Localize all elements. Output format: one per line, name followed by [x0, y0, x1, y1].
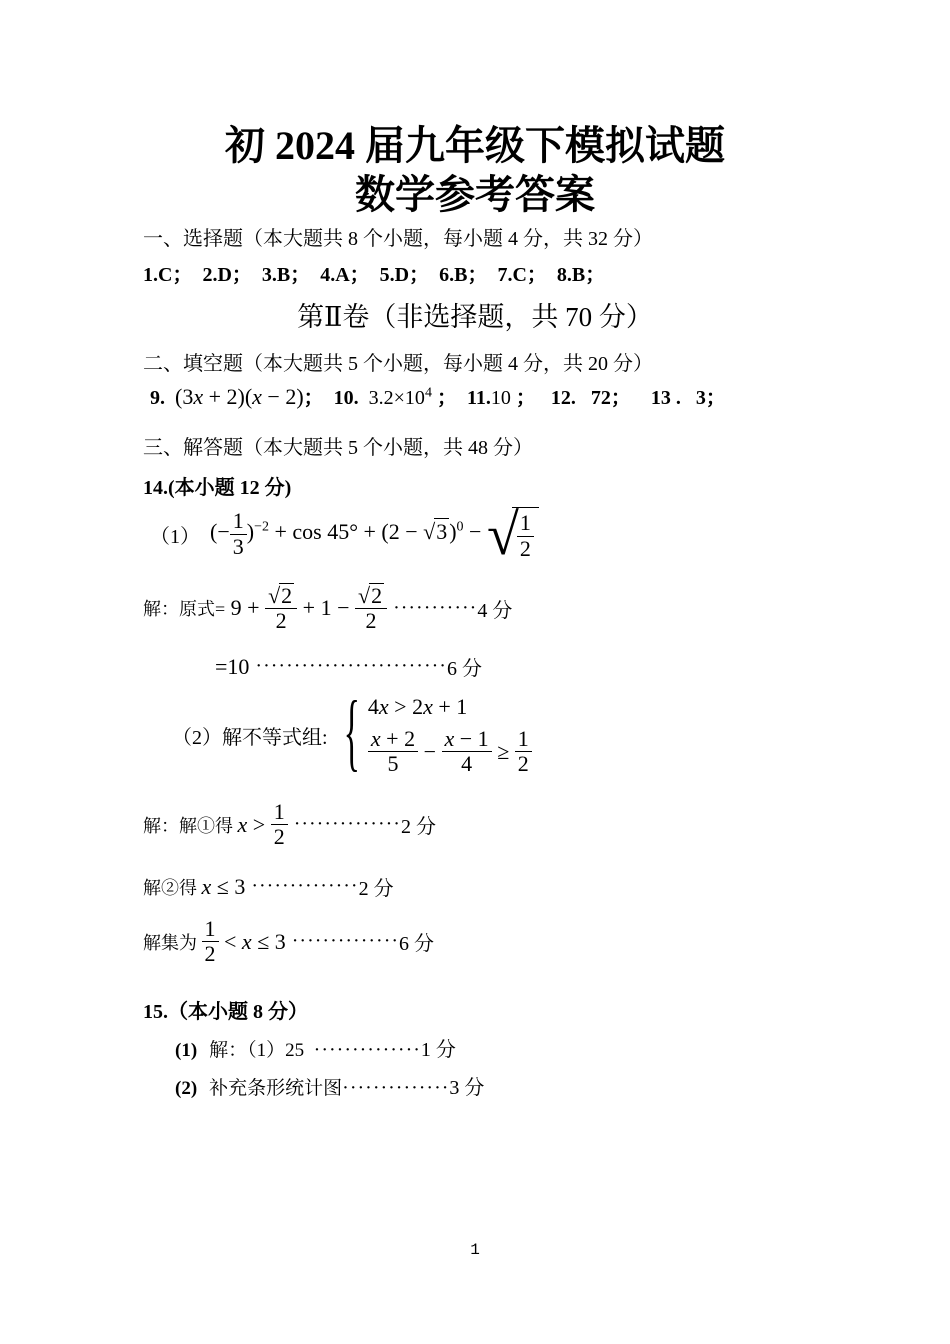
- score-4: 4 分: [477, 594, 512, 623]
- left-brace: {: [344, 687, 360, 784]
- q15-item1: (1) 解：（1）25 ·············· 1 分: [175, 1033, 456, 1062]
- leader-dots: ·························: [249, 655, 447, 678]
- fraction-one-half: 12: [517, 511, 534, 560]
- fraction-one-half: 12: [271, 800, 288, 849]
- fraction-sqrt2-over-2: √22: [265, 583, 297, 633]
- score-6: 6 分: [399, 927, 434, 956]
- score-6: 6 分: [447, 652, 482, 681]
- solve-step2-label: 解②得: [143, 874, 202, 900]
- q14-part2-solution-line2: 解②得 x ≤ 3 ·············· 2 分: [143, 872, 394, 901]
- q11-semicolon: ；: [511, 381, 551, 410]
- system-lines: 4x > 2x + 1 x + 25 − x − 14 ≥ 12: [368, 694, 532, 776]
- page-number: 1: [0, 1241, 950, 1259]
- inequality-2: x + 25 − x − 14 ≥ 12: [368, 727, 532, 776]
- q10-exponent: 4: [425, 385, 432, 400]
- sol1-term2: + 1 −: [297, 595, 355, 621]
- answer-key-title: 数学参考答案: [0, 163, 950, 220]
- equals-10: =10: [215, 654, 249, 680]
- jie-label: 解：: [143, 595, 179, 621]
- q12-answer: 12. 72；: [551, 381, 651, 410]
- var-x: x: [202, 874, 212, 900]
- q15-item2: (2) 补充条形统计图 ·············· 3 分: [175, 1071, 484, 1100]
- fraction-one-half: 12: [515, 727, 532, 776]
- q9-t2: + 2)(: [203, 384, 252, 409]
- solve-step1-label: 解：解①得: [143, 812, 238, 838]
- yuanshi-label: 原式=: [179, 595, 225, 621]
- q9-t1: (3: [175, 384, 193, 409]
- inequality-1: 4x > 2x + 1: [368, 694, 532, 720]
- leq-3: ≤ 3: [252, 929, 286, 955]
- q14-part2-solution-line1: 解：解①得 x > 12 ·············· 2 分: [143, 800, 436, 849]
- gt-sign: >: [247, 812, 270, 838]
- q10-answer: 3.2×104: [369, 387, 432, 410]
- geq-sign: ≥: [492, 739, 515, 765]
- fraction-x-plus-2-over-5: x + 25: [368, 727, 418, 776]
- sqrt-3: √3: [423, 518, 449, 545]
- section1-answers: 1.C； 2.D； 3.B； 4.A； 5.D； 6.B； 7.C； 8.B；: [143, 258, 605, 287]
- section1-heading: 一、选择题（本大题共 8 个小题，每小题 4 分，共 32 分）: [143, 222, 653, 251]
- t-minus: −: [464, 519, 487, 544]
- section3-heading: 三、解答题（本大题共 5 个小题，共 48 分）: [143, 431, 533, 460]
- t-rparen: ): [247, 519, 254, 544]
- q14-part2-solution-line3: 解集为 12 < x ≤ 3 ·············· 6 分: [143, 917, 434, 966]
- leq-3: ≤ 3: [211, 874, 245, 900]
- t-rparen2: ): [449, 519, 456, 544]
- sol1-term1: 9 +: [225, 595, 265, 621]
- q14-part2-label: （2）解不等式组:: [172, 721, 328, 750]
- var-x: x: [238, 812, 248, 838]
- leader-dots: ··············: [314, 1039, 421, 1062]
- fraction-one-third: 13: [230, 509, 247, 558]
- q14-part1-solution-line2: =10 ························· 6 分: [215, 652, 482, 681]
- section2-heading: 二、填空题（本大题共 5 个小题，每小题 4 分，共 20 分）: [143, 347, 653, 376]
- t-middle: + cos 45° + (2 −: [269, 519, 423, 544]
- inequality-system: { 4x > 2x + 1 x + 25 − x − 14 ≥ 12: [344, 694, 532, 776]
- q14-part1-solution-line1: 解： 原式= 9 + √22 + 1 − √22 ··········· 4 分: [143, 583, 512, 633]
- leader-dots: ···········: [387, 597, 477, 620]
- q9-x2: x: [252, 384, 262, 409]
- lt-sign: <: [219, 929, 242, 955]
- q10-label: 10.: [334, 387, 369, 410]
- q9-label: 9.: [150, 387, 175, 410]
- q11-answer: 10: [491, 387, 511, 410]
- answer-key-page: 初 2024 届九年级下模拟试题 数学参考答案 一、选择题（本大题共 8 个小题…: [0, 0, 950, 1344]
- leader-dots: ··············: [245, 875, 358, 898]
- q15-heading: 15.（本小题 8 分）: [143, 995, 308, 1024]
- sqrt-one-half: √12: [487, 505, 539, 563]
- score-3: 3 分: [449, 1071, 484, 1100]
- exponent-neg2: −2: [254, 520, 269, 535]
- q15-item1-text: 解：（1）25: [209, 1035, 314, 1062]
- q10-semicolon: ；: [432, 381, 467, 410]
- q14-part1-expression: （1） (−13)−2 + cos 45° + (2 − √3)0 − √12: [150, 505, 539, 563]
- solution-set-label: 解集为: [143, 929, 202, 955]
- score-2: 2 分: [359, 872, 394, 901]
- q10-base: 3.2×10: [369, 387, 425, 409]
- part2-heading: 第Ⅱ卷（非选择题，共 70 分）: [0, 295, 950, 334]
- q13-answer: 13 . 3；: [651, 381, 726, 410]
- q9-x1: x: [193, 384, 203, 409]
- q14-part2-problem: （2）解不等式组: { 4x > 2x + 1 x + 25 − x − 14 …: [172, 694, 532, 776]
- radical-icon: √: [487, 506, 519, 564]
- sqrt2-numerator: √2: [355, 583, 387, 608]
- minus-sign: −: [418, 739, 441, 765]
- fraction-one-half: 12: [202, 917, 219, 966]
- q14-heading: 14.(本小题 12 分): [143, 471, 291, 500]
- t-lparen: (−: [210, 519, 230, 544]
- leader-dots: ··············: [342, 1077, 449, 1100]
- score-2: 2 分: [401, 810, 436, 839]
- var-x: x: [242, 929, 252, 955]
- q15-item2-text: 补充条形统计图: [209, 1073, 342, 1100]
- fraction-sqrt2-over-2b: √22: [355, 583, 387, 633]
- q14-part1-label: （1）: [150, 520, 200, 549]
- q11-label: 11.: [467, 387, 491, 410]
- fraction-x-minus-1-over-4: x − 14: [442, 727, 492, 776]
- q15-item1-label: (1): [175, 1040, 197, 1062]
- section2-answers: 9. (3x + 2)(x − 2) ； 10. 3.2×104 ； 11. 1…: [150, 381, 726, 410]
- sqrt2-numerator: √2: [265, 583, 297, 608]
- q9-answer: (3x + 2)(x − 2): [175, 384, 304, 410]
- score-1: 1 分: [421, 1033, 456, 1062]
- exponent-0: 0: [457, 520, 464, 535]
- leader-dots: ··············: [288, 813, 401, 836]
- q9-t3: − 2): [262, 384, 304, 409]
- leader-dots: ··············: [286, 930, 399, 953]
- q14-part1-math: (−13)−2 + cos 45° + (2 − √3)0 − √12: [210, 505, 539, 563]
- q9-semicolon: ；: [304, 381, 334, 410]
- q15-item2-label: (2): [175, 1078, 197, 1100]
